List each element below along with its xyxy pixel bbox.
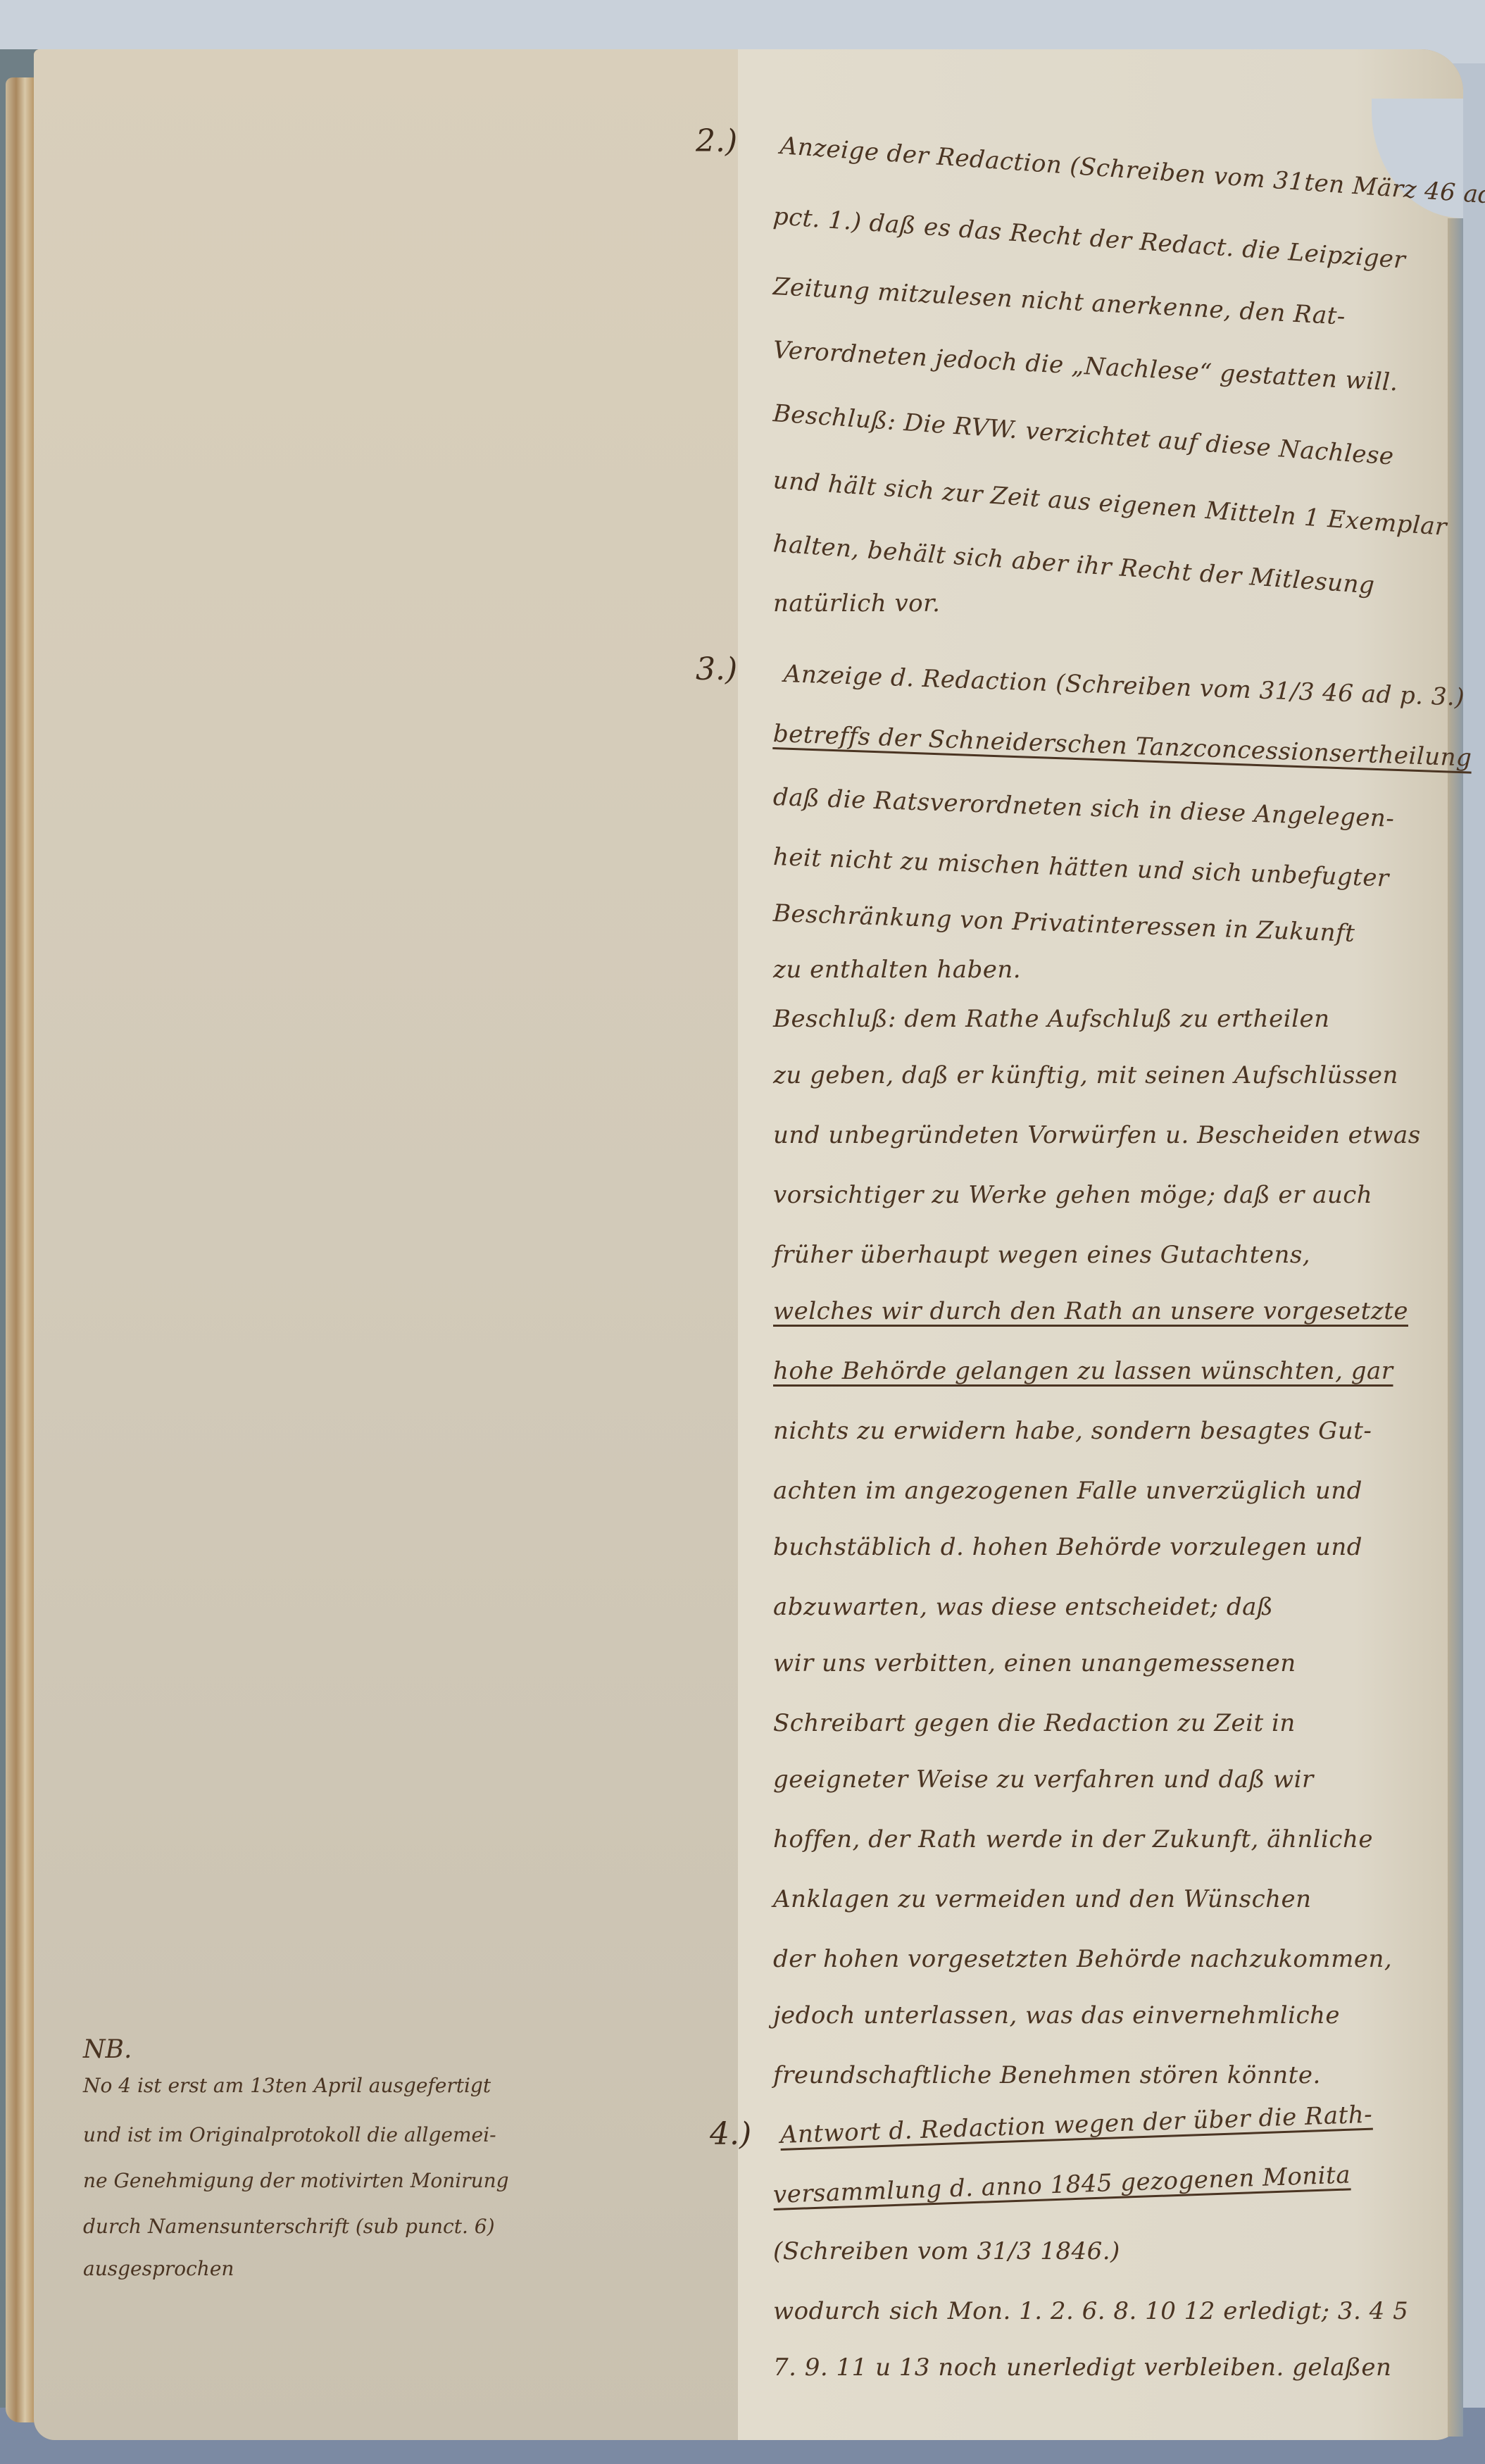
text-line: 7. 9. 11 u 13 noch unerledigt verbleiben…: [773, 2356, 1391, 2379]
margin-note-line: ausgesprochen: [83, 2257, 234, 2280]
text-line: buchstäblich d. hohen Behörde vorzulegen…: [773, 1535, 1362, 1559]
text-line: achten im angezogenen Falle unverzüglich…: [773, 1479, 1362, 1503]
text-line: vorsichtiger zu Werke gehen möge; daß er…: [773, 1183, 1372, 1207]
margin-note-label: NB.: [83, 2035, 132, 2064]
page-right-edge: [1448, 218, 1463, 2437]
margin-note-line: und ist im Originalprotokoll die allgeme…: [83, 2123, 496, 2146]
text-line: Anklagen zu vermeiden und den Wünschen: [773, 1887, 1312, 1911]
text-line: freundschaftliche Benehmen stören könnte…: [773, 2063, 1321, 2087]
text-line-underlined: hohe Behörde gelangen zu lassen wünschte…: [773, 1359, 1393, 1383]
text-line: wodurch sich Mon. 1. 2. 6. 8. 10 12 erle…: [773, 2299, 1408, 2323]
text-line: abzuwarten, was diese entscheidet; daß: [773, 1595, 1273, 1619]
text-line: nichts zu erwidern habe, sondern besagte…: [773, 1419, 1372, 1443]
text-line: zu enthalten haben.: [773, 958, 1021, 982]
text-line: früher überhaupt wegen eines Gutachtens,: [773, 1243, 1310, 1267]
margin-note-line: durch Namensunterschrift (sub punct. 6): [83, 2215, 495, 2238]
margin-note-line: ne Genehmigung der motivirten Monirung: [83, 2169, 509, 2192]
item-number: 2.): [696, 123, 737, 159]
text-line: zu geben, daß er künftig, mit seinen Auf…: [773, 1063, 1398, 1087]
text-line: jedoch unterlassen, was das einvernehmli…: [773, 2003, 1340, 2027]
item-number: 3.): [696, 651, 737, 687]
text-line: natürlich vor.: [773, 592, 940, 615]
manuscript-page: 2.) Anzeige der Redaction (Schreiben vom…: [34, 49, 1463, 2440]
text-line-underlined: welches wir durch den Rath an unsere vor…: [773, 1299, 1408, 1323]
text-line: geeigneter Weise zu verfahren und daß wi…: [773, 1768, 1314, 1791]
margin-note-line: No 4 ist erst am 13ten April ausgefertig…: [83, 2074, 491, 2097]
item-number: 4.): [710, 2116, 751, 2152]
text-line: Schreibart gegen die Redaction zu Zeit i…: [773, 1711, 1296, 1735]
text-line: und unbegründeten Vorwürfen u. Bescheide…: [773, 1123, 1421, 1147]
text-line: hoffen, der Rath werde in der Zukunft, ä…: [773, 1827, 1373, 1851]
text-line: der hohen vorgesetzten Behörde nachzukom…: [773, 1947, 1392, 1971]
text-line: (Schreiben vom 31/3 1846.): [773, 2239, 1120, 2263]
text-line: wir uns verbitten, einen unangemessenen: [773, 1651, 1296, 1675]
text-line: Beschluß: dem Rathe Aufschluß zu ertheil…: [773, 1007, 1329, 1031]
